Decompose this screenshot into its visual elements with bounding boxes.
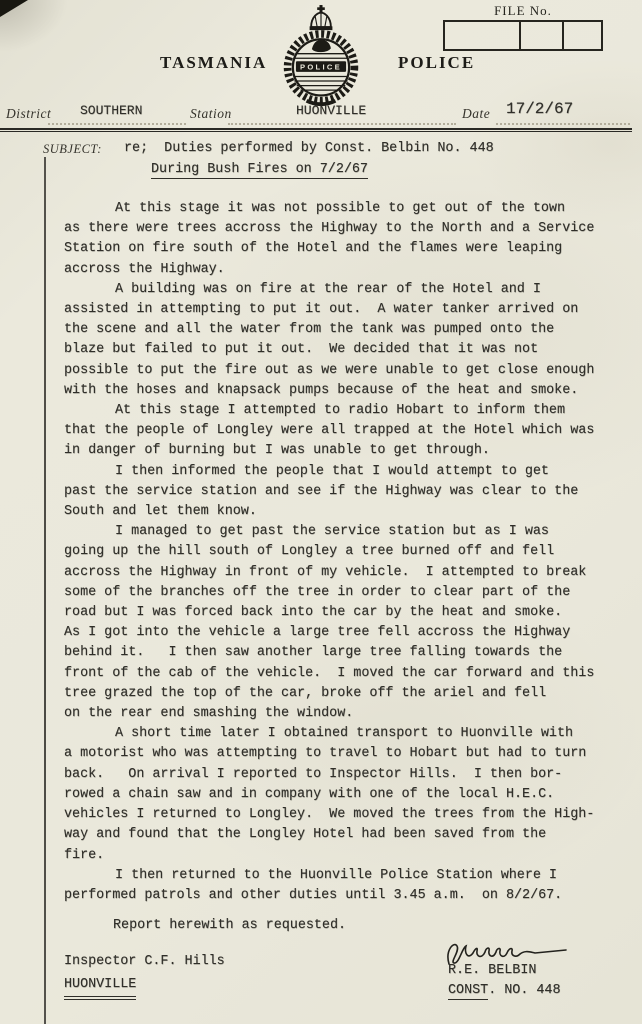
paragraph: A building was on fire at the rear of th… (64, 280, 630, 401)
footer-signature-block: R.E. BELBIN CONST. NO. 448 (448, 938, 572, 998)
inspector-name: Inspector C.F. Hills (64, 950, 225, 973)
district-value: SOUTHERN (80, 103, 142, 118)
district-label: District (6, 106, 51, 122)
file-no-cell (562, 22, 601, 49)
footer-officer-block: Inspector C.F. Hills HUONVILLE (64, 950, 225, 1000)
scanned-police-report: FILE No. TASMANIA POLICE (0, 0, 642, 1024)
header-divider (0, 128, 632, 132)
report-body: At this stage it was not possible to get… (64, 199, 630, 906)
signed-rank: CONST. NO. 448 (448, 983, 572, 998)
subject-label: SUBJECT: (43, 142, 102, 157)
tasmania-police-crest-icon: POLICE (283, 5, 359, 113)
rank-rest: . NO. 448 (488, 983, 560, 998)
rank-underlined: CONST (448, 983, 488, 1000)
file-no-box (443, 20, 603, 51)
date-value: 17/2/67 (506, 100, 573, 118)
station-value: HUONVILLE (296, 103, 366, 118)
closing-line: Report herewith as requested. (113, 918, 346, 933)
paragraph: At this stage I attempted to radio Hobar… (64, 401, 630, 462)
station-label: Station (190, 106, 232, 122)
subject-line-2: During Bush Fires on 7/2/67 (151, 162, 368, 179)
letterhead-police: POLICE (398, 53, 475, 73)
subject-line-1: re; Duties performed by Const. Belbin No… (124, 141, 494, 156)
paragraph: I managed to get past the service statio… (64, 522, 630, 724)
paragraph: A short time later I obtained transport … (64, 724, 630, 865)
signed-name: R.E. BELBIN (448, 963, 572, 978)
paragraph: At this stage it was not possible to get… (64, 199, 630, 280)
date-label: Date (462, 106, 490, 122)
left-margin-rule (44, 157, 46, 1024)
file-no-cell (445, 22, 519, 49)
page-corner-fold-artifact (0, 0, 28, 17)
inspector-station: HUONVILLE (64, 973, 136, 1000)
file-no-cell (519, 22, 562, 49)
paragraph: I then returned to the Huonville Police … (64, 866, 630, 906)
crest-banner-text: POLICE (300, 63, 342, 72)
file-no-label: FILE No. (443, 3, 603, 19)
letterhead-tasmania: TASMANIA (160, 53, 267, 73)
paragraph: I then informed the people that I would … (64, 462, 630, 523)
